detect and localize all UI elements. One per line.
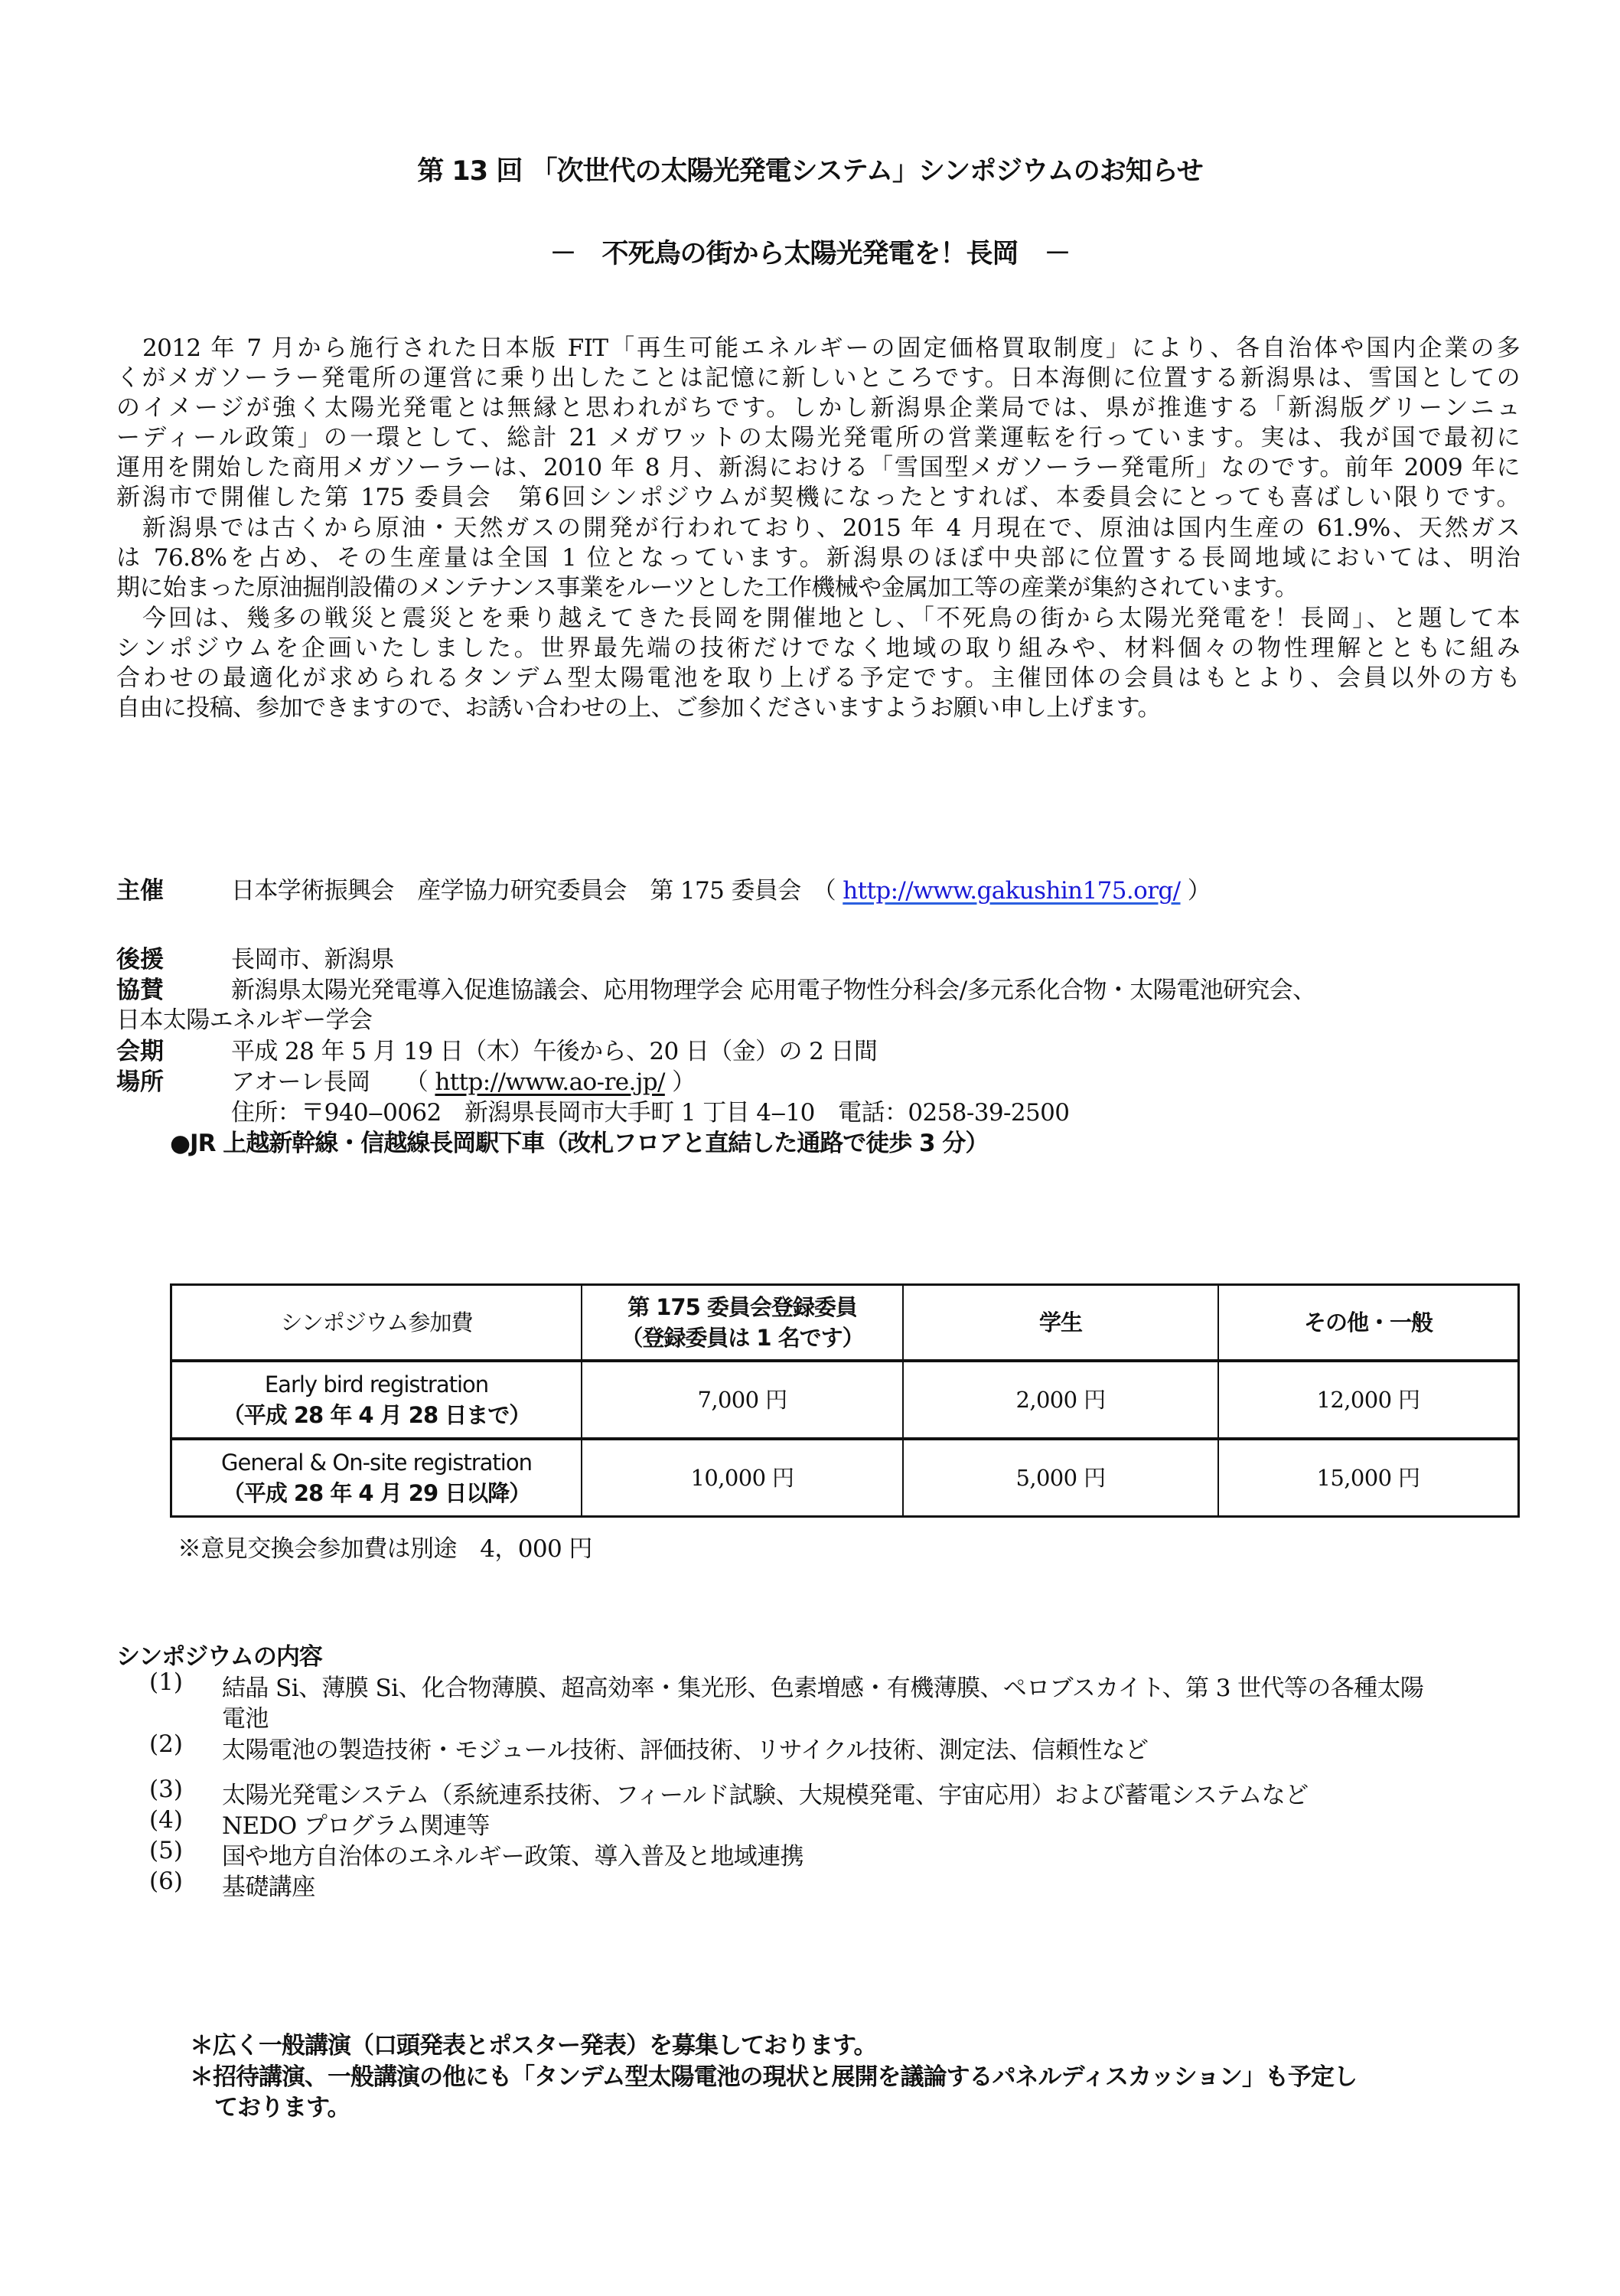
fee-cell: 2,000 円 (903, 1361, 1218, 1439)
table-row: General & On-site registration （平成 28 年 … (171, 1439, 1519, 1517)
fee-row-label-cell: Early bird registration （平成 28 年 4 月 28 … (171, 1361, 582, 1439)
cosponsor-value: 新潟県太陽光発電導入促進協議会、応用物理学会 応用電子物性分科会/多元系化合物・… (231, 970, 1316, 1005)
notice-call-for-papers: ＊広く一般講演（口頭発表とポスター発表）を募集しております。 (190, 2026, 877, 2060)
notice-panel-discussion-cont: ております。 (214, 2088, 350, 2122)
period-value: 平成 28 年 5 月 19 日（木）午後から、20 日（金）の 2 日間 (231, 1032, 877, 1066)
venue-name: アオーレ長岡 （ (231, 1068, 428, 1096)
organizer-close-paren: ） (1188, 877, 1211, 905)
fee-value: 10,000 円 (691, 1465, 794, 1491)
intro-line: 期に始まった原油掘削設備のメンテナンス事業をルーツとした工作機械や金属加工等の産… (116, 573, 1520, 603)
fee-row-label: Early bird registration (172, 1369, 581, 1400)
fee-row-sublabel: （平成 28 年 4 月 29 日以降） (172, 1478, 581, 1508)
venue-value: アオーレ長岡 （ http://www.ao-re.jp/ ） (231, 1062, 696, 1097)
fee-header-label: 学生 (904, 1307, 1217, 1338)
fee-value: 7,000 円 (697, 1387, 787, 1413)
list-item: 太陽電池の製造技術・モジュール技術、評価技術、リサイクル技術、測定法、信頼性など (222, 1730, 1148, 1765)
list-item: NEDO プログラム関連等 (222, 1806, 490, 1841)
intro-line: は 76.8%を占め、その生産量は全国 1 位となっています。新潟県のほぼ中央部… (116, 543, 1520, 573)
intro-line: 運用を開始した商用メガソーラーは、2010 年 8 月、新潟における「雪国型メガ… (116, 453, 1520, 483)
list-item-number: (1) (149, 1668, 183, 1696)
table-row: Early bird registration （平成 28 年 4 月 28 … (171, 1361, 1519, 1439)
fee-value: 15,000 円 (1317, 1465, 1420, 1491)
fee-cell: 15,000 円 (1218, 1439, 1519, 1517)
notice-panel-discussion: ＊招待講演、一般講演の他にも「タンデム型太陽電池の現状と展開を議論するパネルディ… (190, 2057, 1357, 2092)
list-item-number: (6) (149, 1867, 183, 1895)
support-value: 長岡市、新潟県 (231, 940, 394, 974)
page-title: 第 13 回 「次世代の太陽光発電システム」シンポジウムのお知らせ (0, 150, 1620, 188)
intro-line: 今回は、幾多の戦災と震災とを乗り越えてきた長岡を開催地とし、「不死鳥の街から太陽… (116, 604, 1520, 634)
contents-heading: シンポジウムの内容 (116, 1637, 322, 1671)
fee-header-cell: 学生 (903, 1285, 1218, 1362)
list-item: 基礎講座 (222, 1867, 315, 1902)
intro-line: 2012 年 7 月から施行された日本版 FIT「再生可能エネルギーの固定価格買… (116, 334, 1520, 364)
fee-row-sublabel: （平成 28 年 4 月 28 日まで） (172, 1400, 581, 1430)
intro-line: 新潟市で開催した第 175 委員会 第6回シンポジウムが契機になったとすれば、本… (116, 483, 1520, 513)
intro-line: 合わせの最適化が求められるタンデム型太陽電池を取り上げる予定です。主催団体の会員… (116, 664, 1520, 693)
fee-value: 2,000 円 (1015, 1387, 1105, 1413)
list-item: 結晶 Si、薄膜 Si、化合物薄膜、超高効率・集光形、色素増感・有機薄膜、ペロブ… (222, 1668, 1423, 1703)
fee-table: シンポジウム参加費 第 175 委員会登録委員 （登録委員は 1 名です） 学生… (170, 1283, 1520, 1518)
fee-header-label: 第 175 委員会登録委員 (582, 1292, 902, 1322)
fee-cell: 7,000 円 (582, 1361, 903, 1439)
list-item-number: (5) (149, 1837, 183, 1864)
cosponsor-value-cont: 日本太陽エネルギー学会 (116, 1000, 372, 1035)
fee-row-label: General & On-site registration (172, 1447, 581, 1478)
fee-header-label: シンポジウム参加費 (172, 1307, 581, 1338)
fee-header-label: その他・一般 (1219, 1307, 1517, 1338)
fee-cell: 10,000 円 (582, 1439, 903, 1517)
organizer-website-link[interactable]: http://www.gakushin175.org/ (843, 877, 1180, 905)
fee-value: 12,000 円 (1317, 1387, 1420, 1413)
fee-cell: 12,000 円 (1218, 1361, 1519, 1439)
organizer-name: 日本学術振興会 産学協力研究委員会 第 175 委員会 （ (231, 877, 836, 905)
fee-header-cell: 第 175 委員会登録委員 （登録委員は 1 名です） (582, 1285, 903, 1362)
intro-line: くがメガソーラー発電所の運営に乗り出したことは記憶に新しいところです。日本海側に… (116, 364, 1520, 393)
list-item-number: (3) (149, 1776, 183, 1803)
fee-row-label-cell: General & On-site registration （平成 28 年 … (171, 1439, 582, 1517)
intro-line: 自由に投稿、参加できますので、お誘い合わせの上、ご参加くださいますようお願い申し… (116, 693, 1520, 723)
list-item-cont: 電池 (222, 1699, 269, 1733)
intro-line: ーディール政策」の一環として、総計 21 メガワットの太陽光発電所の営業運転を行… (116, 423, 1520, 453)
list-item: 国や地方自治体のエネルギー政策、導入普及と地域連携 (222, 1837, 803, 1871)
intro-line: シンポジウムを企画いたしました。世界最先端の技術だけでなく地域の取り組みや、材料… (116, 634, 1520, 664)
fee-note: ※意見交換会参加費は別途 4，000 円 (178, 1529, 592, 1564)
fee-header-label: （登録委員は 1 名です） (582, 1322, 902, 1353)
fee-cell: 5,000 円 (903, 1439, 1218, 1517)
list-item: 太陽光発電システム（系統連系技術、フィールド試験、大規模発電、宇宙応用）および蓄… (222, 1776, 1309, 1810)
venue-address: 住所：〒940‒0062 新潟県長岡市大手町 1 丁目 4‒10 電話：0258… (231, 1093, 1069, 1127)
fee-header-cell: シンポジウム参加費 (171, 1285, 582, 1362)
venue-close-paren: ） (672, 1068, 695, 1096)
organizer-label: 主催 (116, 871, 164, 905)
page-subtitle: － 不死鳥の街から太陽光発電を！長岡 － (0, 233, 1620, 271)
venue-label: 場所 (116, 1062, 164, 1097)
period-label: 会期 (116, 1032, 164, 1066)
list-item-number: (2) (149, 1730, 183, 1758)
fee-value: 5,000 円 (1015, 1465, 1105, 1491)
list-item-number: (4) (149, 1806, 183, 1834)
support-label: 後援 (116, 940, 164, 974)
fee-table-header-row: シンポジウム参加費 第 175 委員会登録委員 （登録委員は 1 名です） 学生… (171, 1285, 1519, 1362)
intro-line: のイメージが強く太陽光発電とは無縁と思われがちです。しかし新潟県企業局では、県が… (116, 393, 1520, 423)
venue-website-link[interactable]: http://www.ao-re.jp/ (435, 1068, 664, 1096)
organizer-value: 日本学術振興会 産学協力研究委員会 第 175 委員会 （ http://www… (231, 871, 1211, 905)
venue-access: ●JR 上越新幹線・信越線長岡駅下車（改札フロアと直結した通路で徒歩 3 分） (170, 1124, 988, 1158)
fee-header-cell: その他・一般 (1218, 1285, 1519, 1362)
intro-line: 新潟県では古くから原油・天然ガスの開発が行われており、2015 年 4 月現在で… (116, 514, 1520, 543)
